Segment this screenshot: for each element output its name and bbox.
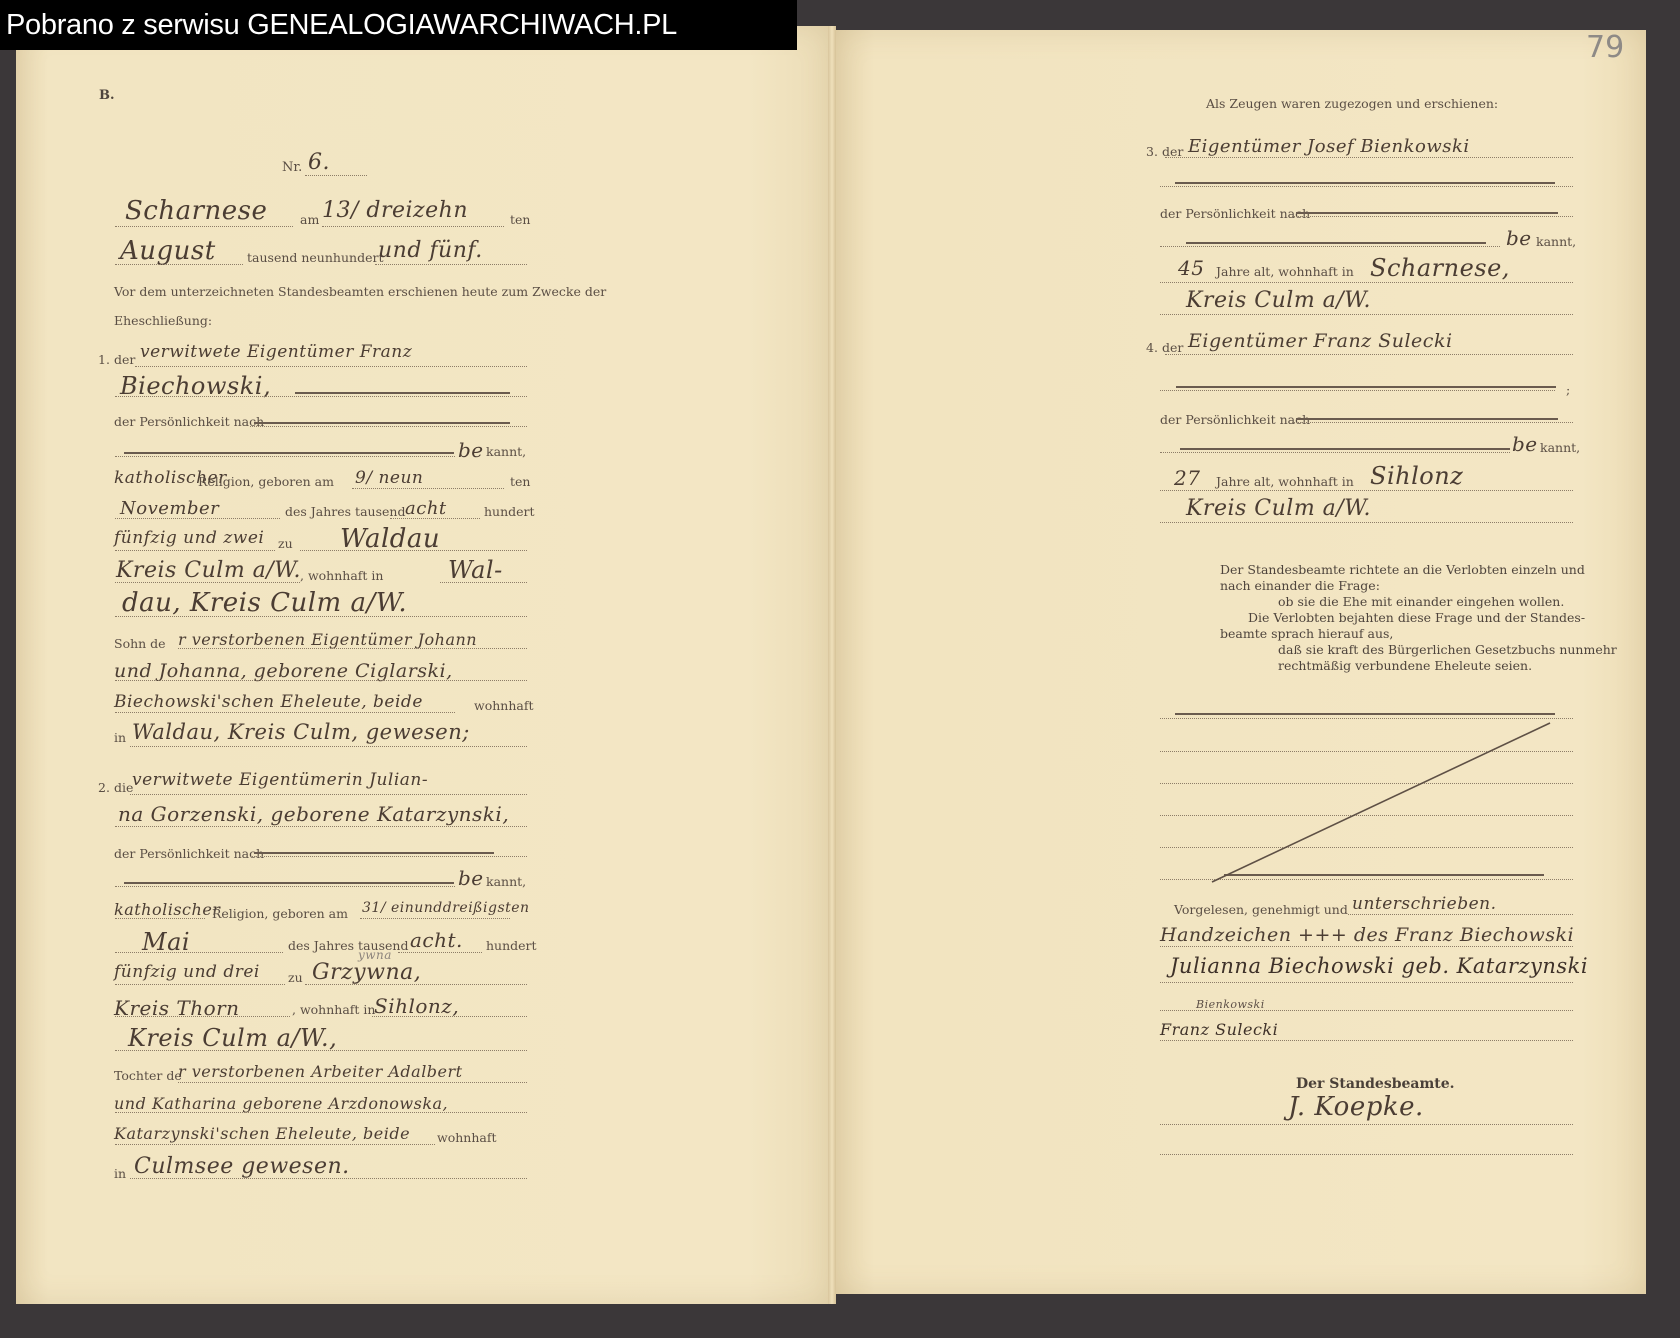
signature-line-2: Julianna Biechowski geb. Katarzynski: [1170, 954, 1588, 978]
groom-number: 1.: [98, 352, 110, 367]
year-written: und fünf.: [378, 238, 483, 263]
witness3-line-1: [1165, 157, 1573, 158]
groom-prefix: der: [114, 352, 135, 367]
marriage-day: 13/ dreizehn: [322, 198, 468, 223]
signature-dots-1: [1160, 946, 1573, 947]
groom-birth-century: acht: [405, 498, 447, 519]
groom-parents-dots-1: [178, 648, 527, 649]
declaration-line-2: nach einander die Frage:: [1220, 578, 1380, 594]
witness4-line-3: [1292, 422, 1573, 423]
witness4-name: Eigentümer Franz Sulecki: [1188, 330, 1453, 352]
witness3-line-3: [1292, 216, 1573, 217]
groom-personality-label: der Persönlichkeit nach: [114, 414, 264, 429]
year-line: [375, 264, 527, 265]
groom-birthday-line: [352, 488, 504, 489]
signature-line-4: Franz Sulecki: [1160, 1020, 1278, 1039]
witness3-line-4: [1160, 246, 1500, 247]
witness3-strike-1: [1175, 182, 1555, 184]
witness4-number: 4.: [1146, 340, 1158, 355]
bride-parents-dots-3: [115, 1144, 435, 1145]
groom-century-line: [390, 518, 480, 519]
groom-religion-label: Religion, geboren am: [198, 474, 334, 489]
bride-birth-day: 31/ einunddreißigsten: [362, 900, 530, 916]
witness4-line-5: [1160, 490, 1573, 491]
groom-in-label: in: [114, 730, 126, 745]
year-printed: tausend neunhundert: [247, 250, 383, 265]
groom-residence-rest: dau, Kreis Culm a/W.: [122, 588, 407, 618]
groom-year-label: des Jahres tausend: [285, 504, 405, 519]
marriage-place: Scharnese: [125, 196, 267, 226]
witness4-age-label: Jahre alt, wohnhaft in: [1216, 474, 1354, 489]
bride-birth-place-pencil: ywna: [358, 948, 392, 962]
bride-line-3: [250, 856, 527, 857]
book-gutter: [828, 26, 836, 1304]
witness4-line-2: [1160, 390, 1555, 391]
bride-residence: Sihlonz,: [374, 994, 459, 1018]
witness4-district: Kreis Culm a/W.: [1186, 496, 1371, 521]
bride-in-label: in: [114, 1166, 126, 1181]
witness3-line-2: [1160, 186, 1573, 187]
bride-parents-line-1: r verstorbenen Arbeiter Adalbert: [178, 1062, 463, 1081]
declaration-line-5: beamte sprach hierauf aus,: [1220, 626, 1393, 642]
groom-parents-line-1: r verstorbenen Eigentümer Johann: [178, 630, 477, 649]
read-label: Vorgelesen, genehmigt und: [1174, 902, 1348, 917]
intro-text: Vor dem unterzeichneten Standesbeamten e…: [114, 284, 606, 299]
bride-residence-district: Kreis Culm a/W.,: [128, 1024, 337, 1052]
groom-district-line: [115, 582, 300, 583]
bride-year-line: [115, 984, 285, 985]
groom-parents-residence-label: wohnhaft: [474, 698, 533, 713]
bride-line-1: [130, 794, 527, 795]
groom-line-4: [115, 456, 455, 457]
bride-parents-dots-1: [178, 1082, 527, 1083]
groom-strike-2: [254, 422, 510, 424]
groom-strike-3: [124, 452, 454, 454]
witness4-known-label: kannt,: [1540, 440, 1580, 455]
groom-parents-residence-line: [130, 746, 527, 747]
groom-parents-residence: Waldau, Kreis Culm, gewesen;: [132, 720, 470, 744]
witness4-line-1: [1165, 354, 1573, 355]
groom-strike-1: [295, 392, 510, 394]
witness3-district: Kreis Culm a/W.: [1186, 288, 1371, 313]
witness4-personality-label: der Persönlichkeit nach: [1160, 412, 1310, 427]
groom-residence-label: , wohnhaft in: [300, 568, 383, 583]
bride-parents-residence-label: wohnhaft: [437, 1130, 496, 1145]
witness3-name: Eigentümer Josef Bienkowski: [1188, 136, 1470, 157]
signature-dots-4: [1160, 1040, 1573, 1041]
section-letter: B.: [99, 88, 115, 103]
declaration-line-4: Die Verlobten bejahten diese Frage und d…: [1248, 610, 1585, 626]
record-number-value: 6.: [308, 150, 330, 175]
witness4-semicolon: ;: [1566, 382, 1570, 397]
witness4-known-written: be: [1512, 432, 1538, 456]
read-written: unterschrieben.: [1352, 894, 1497, 914]
day-line: [322, 226, 504, 227]
diagonal-strike: [1200, 715, 1560, 885]
groom-line-3: [250, 426, 527, 427]
groom-parents-dots-3: [115, 712, 455, 713]
bride-religion-label: Religion, geboren am: [212, 906, 348, 921]
groom-line-2: [115, 396, 527, 397]
bride-known-label: kannt,: [486, 874, 526, 889]
place-line: [115, 226, 293, 227]
source-banner: Pobrano z serwisu GENEALOGIAWARCHIWACH.P…: [0, 0, 797, 50]
intro-text-2: Eheschließung:: [114, 313, 212, 328]
declaration-line-6: daß sie kraft des Bürgerlichen Gesetzbuc…: [1278, 642, 1617, 658]
witness3-strike-3: [1186, 242, 1486, 244]
groom-occupation: verwitwete Eigentümer Franz: [140, 342, 412, 362]
bride-place-line: [305, 984, 527, 985]
bride-birth-place: Grzywna,: [312, 960, 421, 985]
groom-parents-dots-2: [115, 680, 527, 681]
bride-religion-line: [115, 918, 205, 919]
declaration-line-7: rechtmäßig verbundene Eheleute seien.: [1278, 658, 1532, 674]
groom-residence-start: Wal-: [448, 556, 503, 584]
bride-zu-label: zu: [288, 970, 303, 985]
groom-place-line: [300, 550, 527, 551]
groom-known-written: be: [458, 438, 484, 462]
signature-dots-2: [1160, 982, 1573, 983]
bride-strike-2: [124, 882, 454, 884]
witness3-number: 3.: [1146, 144, 1158, 159]
witness3-line-6: [1160, 314, 1573, 315]
bride-birth-century: acht.: [410, 928, 463, 952]
groom-birth-district: Kreis Culm a/W.: [116, 558, 301, 583]
bride-birth-year-written: fünfzig und drei: [114, 962, 260, 982]
bride-line-2: [115, 826, 527, 827]
read-line: [1348, 914, 1573, 915]
witness3-age-label: Jahre alt, wohnhaft in: [1216, 264, 1354, 279]
am-label: am: [300, 212, 319, 227]
witness4-strike-2: [1296, 418, 1558, 420]
witness4-strike-1: [1176, 386, 1556, 388]
witness4-strike-3: [1180, 448, 1510, 450]
witness3-known-label: kannt,: [1536, 234, 1576, 249]
registrar-title: Der Standesbeamte.: [1296, 1076, 1455, 1092]
registrar-line-1: [1160, 1124, 1573, 1125]
bride-known-written: be: [458, 866, 484, 890]
witness3-personality-label: der Persönlichkeit nach: [1160, 206, 1310, 221]
declaration-line-1: Der Standesbeamte richtete an die Verlob…: [1220, 562, 1585, 578]
registrar-signature: J. Koepke.: [1288, 1092, 1424, 1122]
groom-hundred-label: hundert: [484, 504, 535, 519]
witness4-line-6: [1160, 522, 1573, 523]
groom-parents-line-3: Biechowski'schen Eheleute, beide: [114, 692, 423, 712]
groom-year-line: [115, 550, 275, 551]
witness3-strike-2: [1296, 212, 1558, 214]
bride-parents-label: Tochter de: [114, 1068, 182, 1083]
bride-residence-label: , wohnhaft in: [292, 1002, 375, 1017]
folio-number: 79: [1586, 30, 1624, 65]
bride-line-4: [115, 886, 455, 887]
groom-residence-rest-line: [115, 616, 527, 617]
bride-residence-district-line: [115, 1050, 527, 1051]
bride-number: 2.: [98, 780, 110, 795]
witness3-known-written: be: [1506, 226, 1532, 250]
groom-birth-day: 9/ neun: [355, 468, 423, 488]
bride-district-line: [115, 1016, 290, 1017]
groom-line-1: [135, 366, 527, 367]
groom-month-line: [115, 518, 280, 519]
groom-residence-line: [440, 582, 527, 583]
bride-hundred-label: hundert: [486, 938, 537, 953]
bride-name-line-2: na Gorzenski, geborene Katarzynski,: [118, 802, 509, 826]
witness3-residence: Scharnese,: [1370, 254, 1510, 282]
record-number-label: Nr.: [282, 160, 302, 175]
declaration-line-3: ob sie die Ehe mit einander eingehen wol…: [1278, 594, 1564, 610]
bride-occupation: verwitwete Eigentümerin Julian-: [132, 770, 428, 790]
witness3-line-5: [1160, 282, 1573, 283]
bride-century-line: [398, 952, 482, 953]
groom-birth-year-written: fünfzig und zwei: [114, 528, 264, 548]
bride-strike-1: [254, 852, 494, 854]
groom-parents-label: Sohn de: [114, 636, 166, 651]
ten-label: ten: [510, 212, 530, 227]
month-line: [115, 264, 243, 265]
witness4-residence: Sihlonz: [1370, 462, 1463, 490]
bride-parents-dots-2: [115, 1112, 527, 1113]
witnesses-heading: Als Zeugen waren zugezogen und erschiene…: [1206, 96, 1498, 111]
bride-month-line: [115, 952, 283, 953]
bride-residence-line: [372, 1016, 527, 1017]
witness4-line-4: [1160, 452, 1510, 453]
bride-parents-residence-line: [130, 1178, 527, 1179]
bride-personality-label: der Persönlichkeit nach: [114, 846, 264, 861]
bride-parents-residence: Culmsee gewesen.: [134, 1154, 350, 1179]
bride-parents-line-2: und Katharina geborene Arzdonowska,: [114, 1094, 448, 1113]
marriage-month: August: [120, 236, 216, 266]
bride-religion-written: katholischer: [114, 900, 220, 919]
groom-birth-month: November: [120, 498, 219, 519]
signature-line-1: Handzeichen +++ des Franz Biechowski: [1160, 924, 1574, 946]
groom-known-label: kannt,: [486, 444, 526, 459]
groom-zu-label: zu: [278, 536, 293, 551]
groom-parents-line-2: und Johanna, geborene Ciglarski,: [114, 660, 453, 682]
groom-ten-label: ten: [510, 474, 530, 489]
witness3-age: 45: [1178, 256, 1204, 280]
bride-birthday-line: [360, 918, 510, 919]
record-number-line: [305, 175, 367, 176]
signature-dots-3: [1160, 1010, 1573, 1011]
registrar-line-2: [1160, 1154, 1573, 1155]
bride-prefix: die: [114, 780, 133, 795]
bride-parents-line-3: Katarzynski'schen Eheleute, beide: [114, 1124, 410, 1143]
witness4-age: 27: [1174, 466, 1200, 490]
witness4-prefix: der: [1162, 340, 1183, 355]
